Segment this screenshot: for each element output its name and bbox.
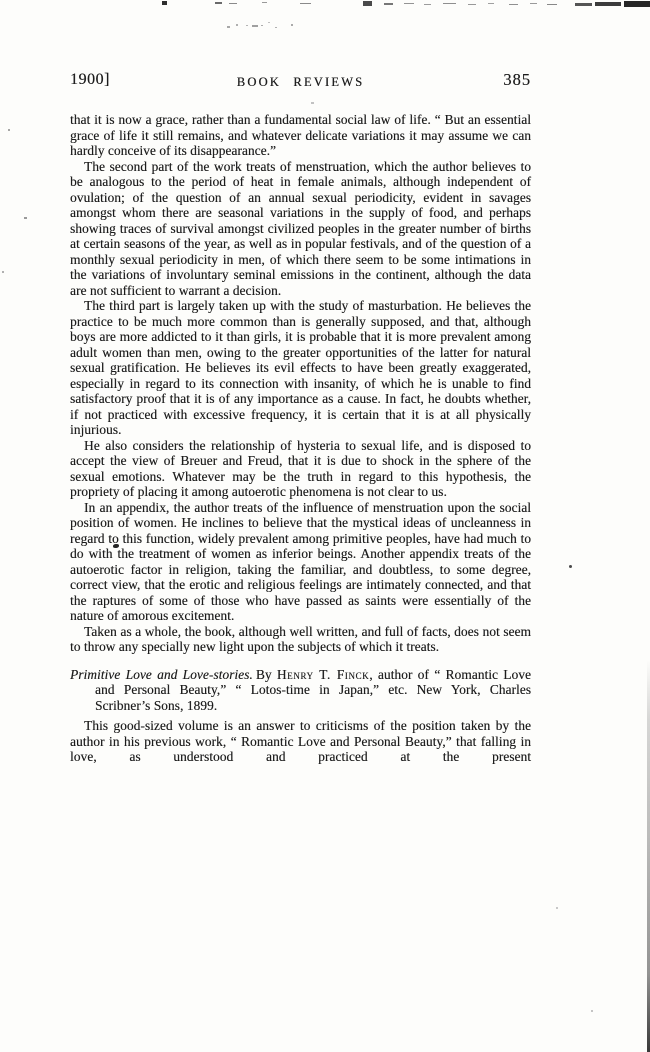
citation-book-title: Primitive Love and Love-stories.	[70, 667, 253, 682]
scan-speck	[215, 2, 222, 4]
scan-speck	[2, 271, 4, 273]
scan-speck	[404, 3, 414, 4]
scan-speck	[556, 907, 558, 909]
scan-speck	[262, 2, 267, 3]
scan-speck	[229, 3, 237, 4]
scan-speck	[8, 129, 10, 131]
paragraph: The third part is largely taken up with …	[70, 298, 531, 438]
paragraph: He also considers the relationship of hy…	[70, 438, 531, 500]
scan-speck	[384, 3, 393, 5]
scan-speck	[530, 3, 537, 4]
scan-speck	[424, 4, 431, 5]
scan-speck	[162, 1, 167, 5]
header-section-title: BOOK REVIEWS	[237, 75, 365, 90]
book-citation: Primitive Love and Love-stories.By Henry…	[70, 667, 531, 714]
scan-speck	[268, 22, 270, 23]
scan-speck	[291, 24, 293, 26]
scan-speck	[443, 3, 456, 4]
paragraph: Taken as a whole, the book, although wel…	[70, 624, 531, 655]
scan-speck	[236, 24, 238, 26]
scan-speck	[569, 565, 572, 568]
scan-speck	[246, 25, 248, 26]
citation-by-label: By	[256, 667, 272, 682]
scan-speck	[595, 2, 621, 6]
scanned-journal-page: 1900] BOOK REVIEWS 385 that it is now a …	[0, 0, 650, 1052]
scan-speck	[252, 25, 258, 27]
scan-speck	[624, 1, 650, 7]
paragraph: The second part of the work treats of me…	[70, 159, 531, 299]
scan-speck	[363, 1, 372, 6]
scan-speck	[509, 4, 518, 5]
running-head: 1900] BOOK REVIEWS 385	[70, 70, 531, 94]
scan-speck	[591, 1010, 593, 1012]
scan-speck	[227, 26, 230, 28]
citation-author: Henry T. Finck	[277, 667, 369, 682]
scan-speck	[488, 3, 494, 4]
scan-speck	[311, 102, 314, 104]
scan-speck	[261, 25, 263, 26]
scan-speck	[575, 3, 592, 6]
header-year: 1900]	[70, 71, 110, 89]
scan-speck	[275, 27, 277, 28]
scan-speck	[24, 217, 27, 219]
page-body: that it is now a grace, rather than a fu…	[70, 112, 531, 765]
page-number: 385	[503, 70, 531, 90]
scan-speck	[300, 3, 311, 4]
paragraph: that it is now a grace, rather than a fu…	[70, 112, 531, 159]
paragraph: In an appendix, the author treats of the…	[70, 500, 531, 624]
scan-speck	[547, 4, 557, 5]
scan-speck	[468, 4, 476, 5]
paragraph: This good-sized volume is an answer to c…	[70, 718, 531, 765]
